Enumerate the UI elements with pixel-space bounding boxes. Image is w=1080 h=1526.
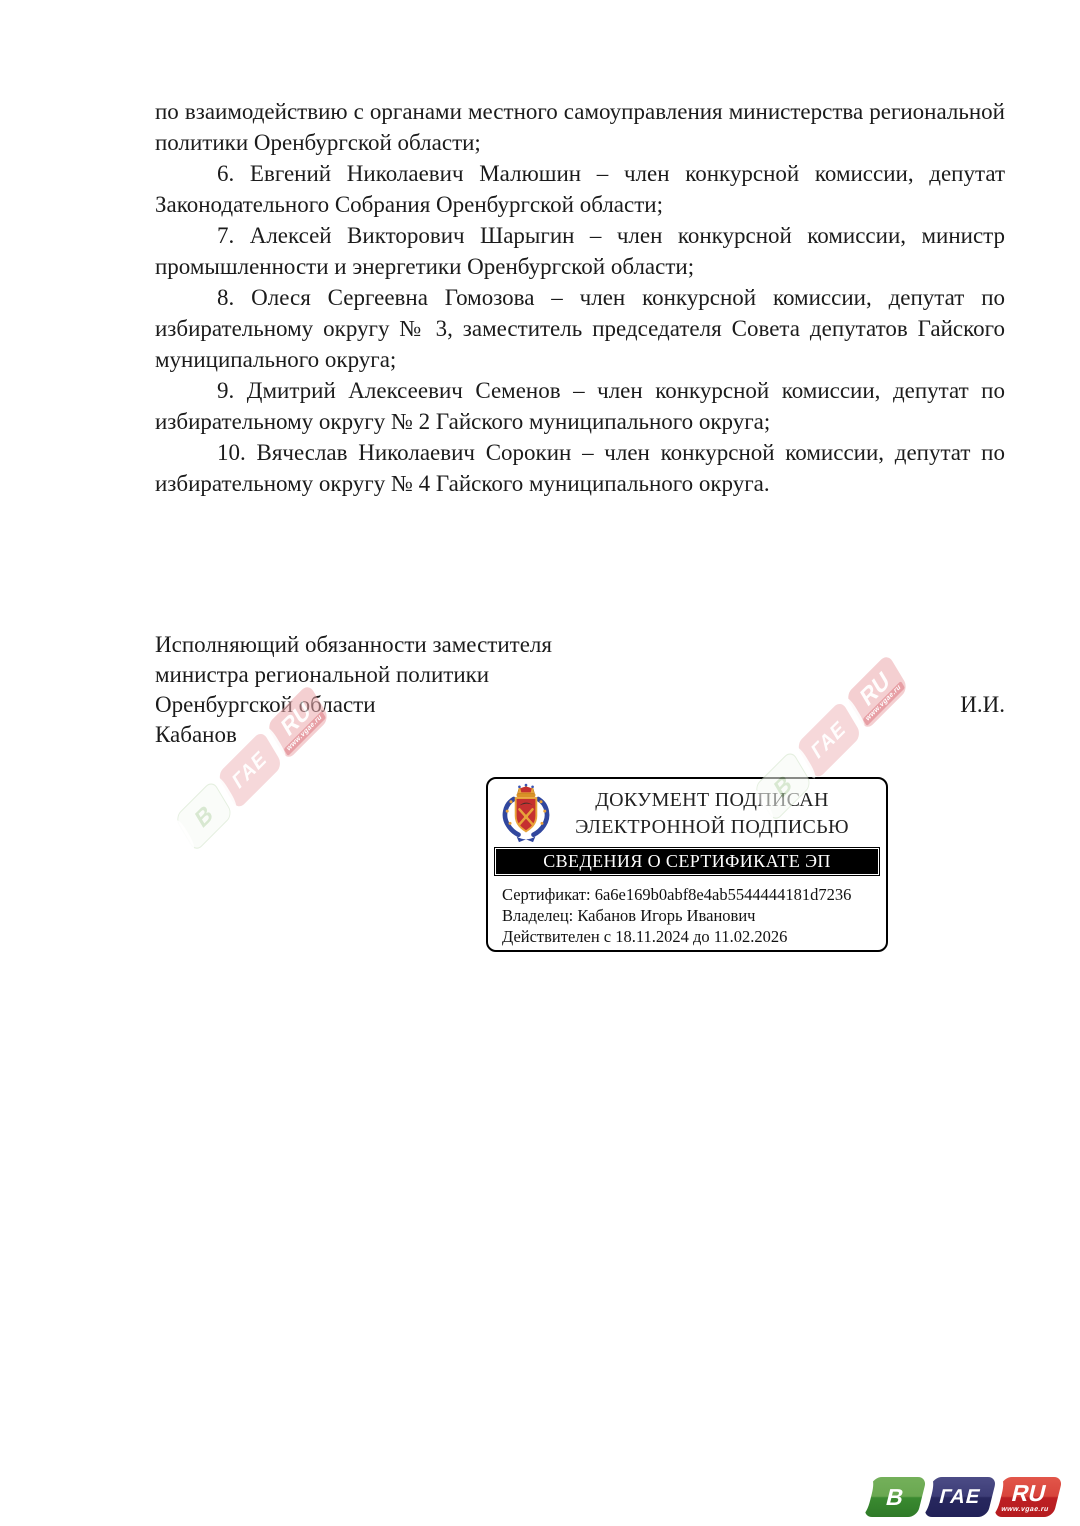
signer-region: Оренбургской области xyxy=(155,690,376,720)
owner-label: Владелец: xyxy=(502,906,577,925)
logo-letters-ru: RU xyxy=(1009,1480,1049,1507)
vgae-site-logo: В ГАЕ RUwww.vgae.ru xyxy=(868,1477,1058,1517)
body-paragraph-continuation: по взаимодействию с органами местного са… xyxy=(155,96,1005,158)
signer-initials: И.И. xyxy=(960,690,1005,720)
watermark-letters-gae: ГАЕ xyxy=(229,746,270,795)
signer-title-line-3: Оренбургской области И.И. xyxy=(155,690,1005,720)
body-paragraph-item-6: 6. Евгений Николаевич Малюшин – член кон… xyxy=(155,158,1005,220)
stamp-header: ДОКУМЕНТ ПОДПИСАН ЭЛЕКТРОННОЙ ПОДПИСЬЮ xyxy=(488,779,886,845)
stamp-title-line-2: ЭЛЕКТРОННОЙ ПОДПИСЬЮ xyxy=(554,814,870,841)
certificate-details: Сертификат: 6a6e169b0abf8e4ab5544444181d… xyxy=(488,874,886,947)
body-paragraph-item-8: 8. Олеся Сергеевна Гомозова – член конку… xyxy=(155,282,1005,375)
certificate-owner-line: Владелец: Кабанов Игорь Иванович xyxy=(502,905,876,926)
signer-surname: Кабанов xyxy=(155,720,1005,750)
logo-block-gae: ГАЕ xyxy=(923,1477,997,1517)
signer-title-line-2: министра региональной политики xyxy=(155,660,1005,690)
certificate-value: 6a6e169b0abf8e4ab5544444181d7236 xyxy=(595,885,852,904)
logo-letters-gae: ГАЕ xyxy=(937,1486,984,1509)
document-body: по взаимодействию с органами местного са… xyxy=(155,96,1005,499)
stamp-title-line-1: ДОКУМЕНТ ПОДПИСАН xyxy=(554,787,870,814)
document-page: по взаимодействию с органами местного са… xyxy=(0,0,1080,1526)
certificate-label: Сертификат: xyxy=(502,885,595,904)
stamp-title: ДОКУМЕНТ ПОДПИСАН ЭЛЕКТРОННОЙ ПОДПИСЬЮ xyxy=(554,787,876,841)
logo-block-v: В xyxy=(863,1477,927,1517)
watermark-letter-v: В xyxy=(191,798,217,834)
logo-letter-v: В xyxy=(883,1484,906,1511)
logo-url: www.vgae.ru xyxy=(1000,1506,1049,1514)
orenburg-coat-of-arms-icon xyxy=(498,783,554,845)
owner-value: Кабанов Игорь Иванович xyxy=(577,906,755,925)
logo-block-ru: RUwww.vgae.ru xyxy=(993,1477,1063,1517)
body-paragraph-item-10: 10. Вячеслав Николаевич Сорокин – член к… xyxy=(155,437,1005,499)
watermark-block-v: В xyxy=(174,779,233,853)
signature-block: Исполняющий обязанности заместителя мини… xyxy=(155,630,1005,750)
body-paragraph-item-9: 9. Дмитрий Алексеевич Семенов – член кон… xyxy=(155,375,1005,437)
certificate-validity-line: Действителен с 18.11.2024 до 11.02.2026 xyxy=(502,926,876,947)
digital-signature-stamp: ДОКУМЕНТ ПОДПИСАН ЭЛЕКТРОННОЙ ПОДПИСЬЮ С… xyxy=(486,777,888,952)
certificate-info-banner: СВЕДЕНИЯ О СЕРТИФИКАТЕ ЭП xyxy=(496,849,878,874)
certificate-number-line: Сертификат: 6a6e169b0abf8e4ab5544444181d… xyxy=(502,884,876,905)
signer-title-line-1: Исполняющий обязанности заместителя xyxy=(155,630,1005,660)
body-paragraph-item-7: 7. Алексей Викторович Шарыгин – член кон… xyxy=(155,220,1005,282)
